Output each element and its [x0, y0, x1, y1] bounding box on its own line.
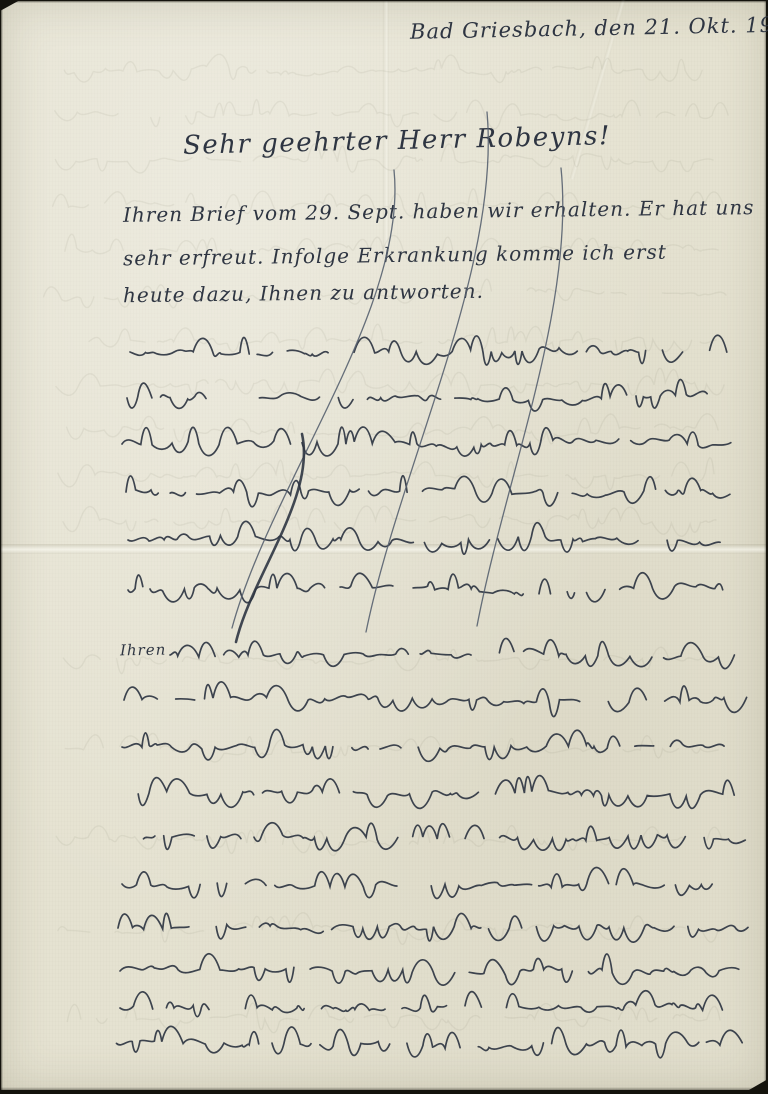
scanned-letter-page: Bad Griesbach, den 21. Okt. 1952 Sehr ge…: [0, 0, 768, 1094]
opening-line-3: heute dazu, Ihnen zu antworten.: [123, 279, 484, 307]
scan-corner-bottom-right: [742, 1079, 768, 1094]
horizontal-fold-crease: [1, 544, 766, 554]
paragraph2-lead-word: Ihren: [120, 641, 167, 660]
letter-paper: [1, 1, 766, 1090]
scan-corner-top-left: [0, 0, 20, 11]
